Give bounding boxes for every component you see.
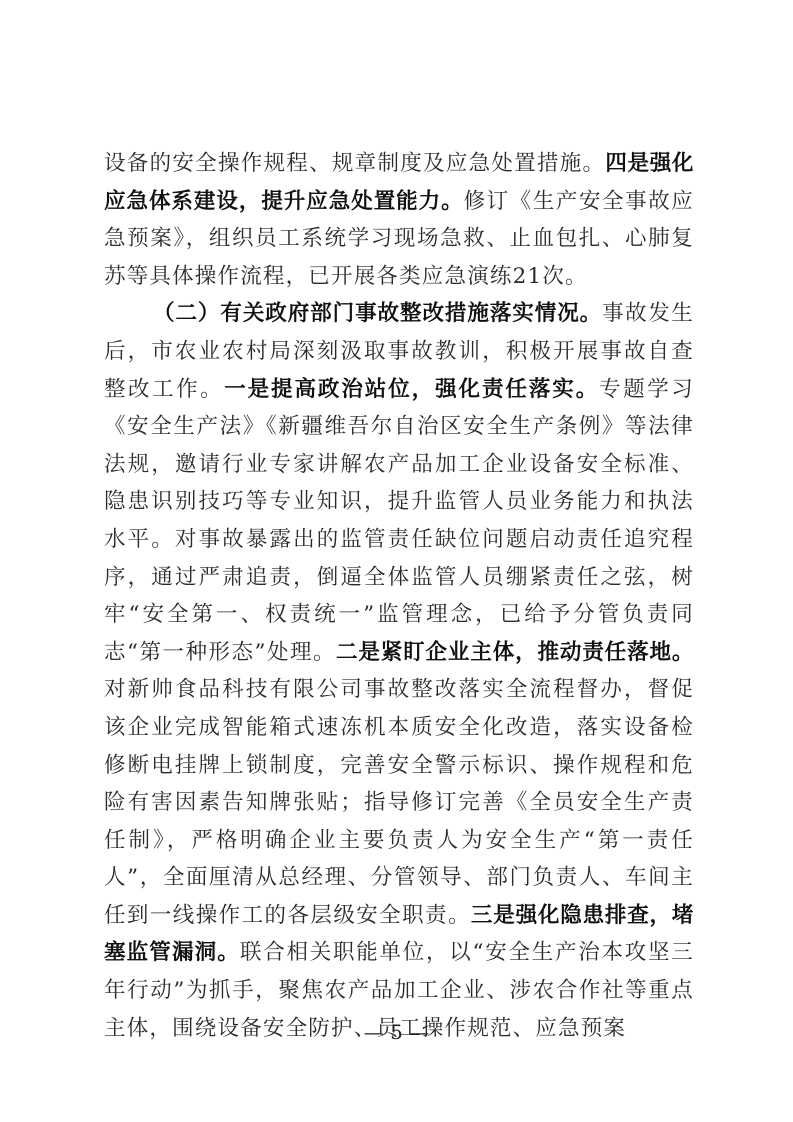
text-run: 设备的安全操作规程、规章制度及应急处置措施。 — [104, 151, 605, 176]
section-heading: （二）有关政府部门事故整改措施落实情况。 — [153, 301, 602, 326]
document-page: 设备的安全操作规程、规章制度及应急处置措施。四是强化应急体系建设，提升应急处置能… — [0, 0, 793, 1122]
bold-heading-run: 一是提高政治站位，强化责任落实。 — [224, 377, 599, 402]
page-number: — 5 — — [0, 1020, 793, 1044]
paragraph-government-rectification: （二）有关政府部门事故整改措施落实情况。事故发生后，市农业农村局深刻汲取事故教训… — [104, 295, 694, 1047]
document-body: 设备的安全操作规程、规章制度及应急处置措施。四是强化应急体系建设，提升应急处置能… — [104, 145, 694, 1047]
bold-heading-run: 二是紧盯企业主体，推动责任落地。 — [336, 640, 694, 665]
text-run: 专题学习《安全生产法》《新疆维吾尔自治区安全生产条例》等法律法规，邀请行业专家讲… — [104, 377, 694, 665]
paragraph-emergency-system: 设备的安全操作规程、规章制度及应急处置措施。四是强化应急体系建设，提升应急处置能… — [104, 145, 694, 295]
text-run: 对新帅食品科技有限公司事故整改落实全流程督办，督促该企业完成智能箱式速冻机本质安… — [104, 677, 694, 928]
